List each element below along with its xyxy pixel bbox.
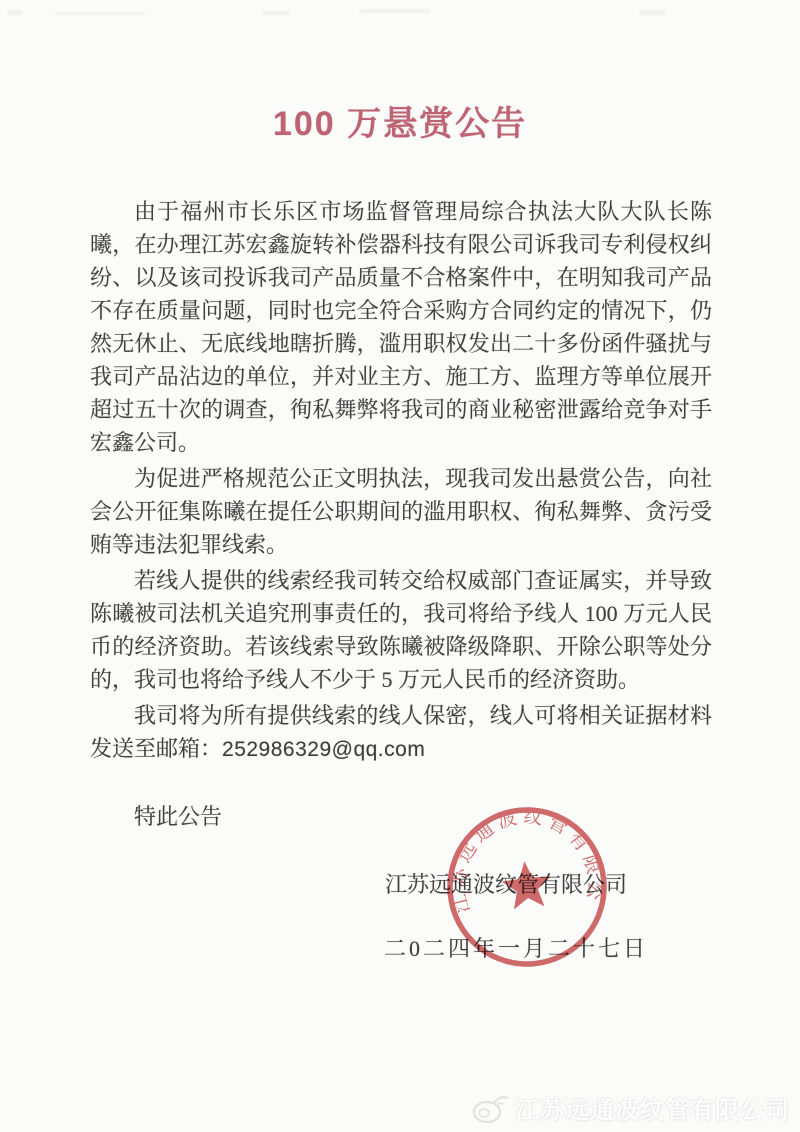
company-seal: 江苏远通波纹管有限公司	[439, 799, 615, 975]
scan-artifact	[262, 11, 290, 15]
weibo-icon	[471, 1092, 509, 1124]
paragraph-3: 若线人提供的线索经我司转交给权威部门查证属实，并导致陈曦被司法机关追究刑事责任的…	[90, 564, 712, 696]
scan-artifact	[360, 9, 430, 13]
svg-text:江苏远通波纹管有限公司: 江苏远通波纹管有限公司	[439, 799, 609, 923]
paragraph-1: 由于福州市长乐区市场监督管理局综合执法大队大队长陈曦，在办理江苏宏鑫旋转补偿器科…	[90, 195, 712, 459]
seal-company-text: 江苏远通波纹管有限公司	[439, 799, 609, 923]
contact-email: 252986329@qq.com	[222, 738, 425, 761]
paragraph-4: 我司将为所有提供线索的线人保密，线人可将相关证据材料发送至邮箱：25298632…	[90, 699, 712, 766]
scan-artifact	[8, 10, 22, 15]
scanned-announcement-page: 100 万悬赏公告 由于福州市长乐区市场监督管理局综合执法大队大队长陈曦，在办理…	[0, 0, 800, 1132]
scan-artifact	[55, 12, 145, 15]
watermark: 江苏远通波纹管有限公司	[471, 1090, 790, 1125]
watermark-text: 江苏远通波纹管有限公司	[515, 1090, 790, 1125]
page-title: 100 万悬赏公告	[0, 96, 800, 145]
announcement-body: 由于福州市长乐区市场监督管理局综合执法大队大队长陈曦，在办理江苏宏鑫旋转补偿器科…	[90, 195, 712, 965]
scan-artifact	[640, 10, 666, 15]
announcement-date: 二0二四年一月二十七日	[90, 932, 712, 965]
company-signature: 江苏远通波纹管有限公司	[90, 868, 712, 901]
paragraph-2: 为促进严格规范公正文明执法，现我司发出悬赏公告，向社会公开征集陈曦在提任公职期间…	[90, 462, 712, 561]
seal-star-icon	[500, 859, 554, 911]
closing-phrase: 特此公告	[90, 800, 712, 833]
